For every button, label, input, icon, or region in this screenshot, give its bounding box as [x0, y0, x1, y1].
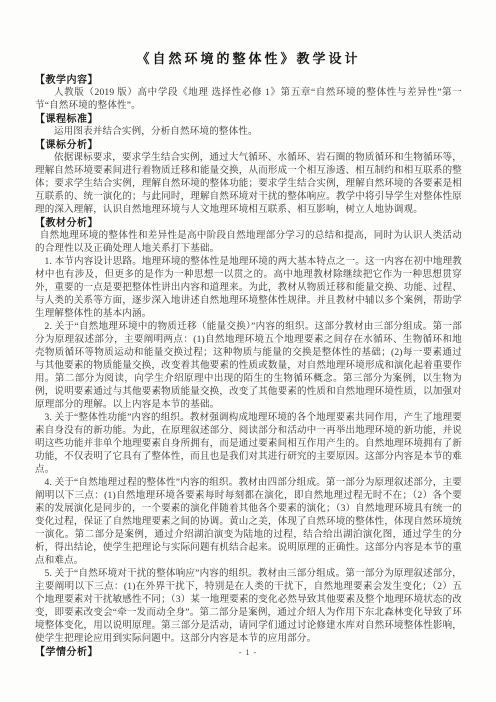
paragraph-textbook-point-3: 3. 关于“整体性功能”内容的组织。教材强调构成地理环境的各个地理要素共同作用，… — [35, 412, 462, 477]
section-heading-curriculum-standard: 【课程标准】 — [35, 113, 462, 126]
paragraph-textbook-point-4: 4. 关于“自然地理过程的整体性”内容的组织。教材由四部分组成。第一部分为原理叙… — [35, 477, 462, 568]
section-heading-teaching-content: 【教学内容】 — [35, 74, 462, 87]
paragraph-textbook-point-2: 2. 关于“自然地理环境中的物质迁移（能量交换）”内容的组织。这部分教材由三部分… — [35, 321, 462, 412]
paragraph-textbook-intro: 自然地理环境的整体性和差异性是高中阶段自然地理部分学习的总结和提高，同时为认识人… — [35, 230, 462, 256]
paragraph-textbook-point-5: 5. 关于“自然环境对干扰的整体响应”内容的组织。教材由三部分组成。第一部分为原… — [35, 568, 462, 646]
page-number: - 1 - — [0, 648, 496, 657]
document-page: 《自然环境的整体性》教学设计 【教学内容】 人教版（2019 版）高中学段《地理… — [0, 0, 496, 702]
paragraph-curriculum-standard: 运用图表并结合实例，分析自然环境的整体性。 — [35, 126, 462, 139]
paragraph-textbook-point-1: 1. 本节内容设计思路。地理环境的整体性是地理环境的两大基本特点之一。这一内容在… — [35, 256, 462, 321]
section-heading-textbook-analysis: 【教材分析】 — [35, 217, 462, 230]
document-body: 《自然环境的整体性》教学设计 【教学内容】 人教版（2019 版）高中学段《地理… — [35, 50, 462, 659]
paragraph-teaching-content: 人教版（2019 版）高中学段《地理 选择性必修 1》第五章“自然环境的整体性与… — [35, 87, 462, 113]
page-title: 《自然环境的整体性》教学设计 — [35, 50, 462, 67]
paragraph-standard-analysis: 依据课标要求，要求学生结合实例，通过大气循环、水循环、岩石圈的物质循环和生物循环… — [35, 152, 462, 217]
section-heading-standard-analysis: 【课标分析】 — [35, 139, 462, 152]
